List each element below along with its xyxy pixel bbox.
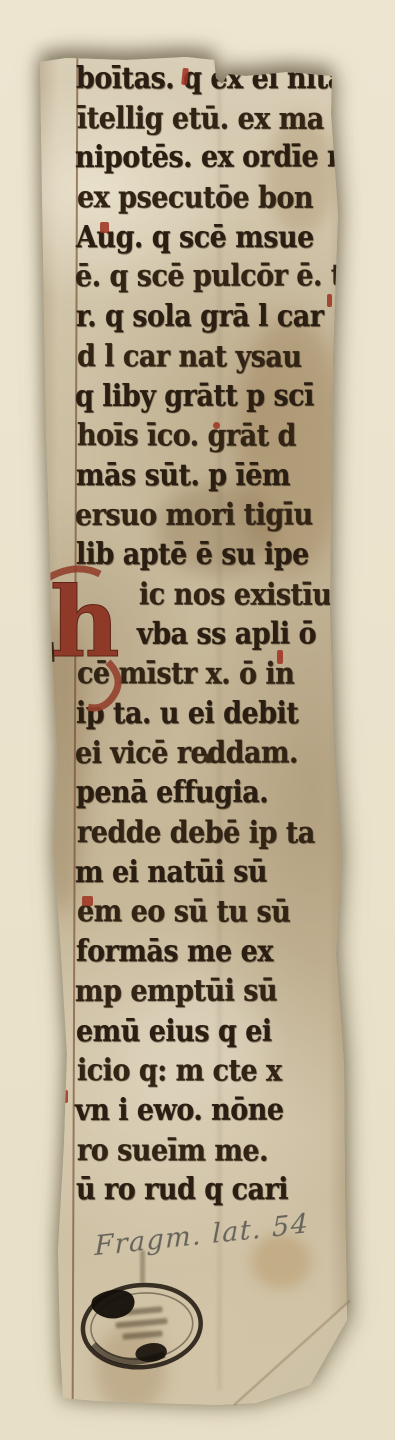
script-line: m ei natūi sū bbox=[75, 849, 347, 894]
script-line: formās me ex bbox=[76, 929, 348, 973]
pencil-shelfmark: Fragm. lat. 54 bbox=[95, 1209, 310, 1263]
rubric-mark bbox=[327, 294, 332, 307]
wormhole bbox=[204, 754, 213, 763]
script-line: ex psecutōe bon bbox=[77, 175, 349, 220]
script-line: d l car nat ysau bbox=[77, 333, 349, 378]
rubric-mark bbox=[277, 650, 283, 664]
script-line: ei vicē reddam. bbox=[75, 730, 347, 775]
rubric-mark bbox=[213, 422, 220, 429]
script-line: ū ro rud q cari bbox=[76, 1167, 348, 1211]
rubric-mark bbox=[61, 1090, 68, 1103]
script-line: vn i ewo. nōne bbox=[75, 1087, 347, 1132]
parchment-fragment: boītas. q ex eī nītau ītellig etū. ex ma… bbox=[36, 54, 350, 1412]
library-stamp-icon bbox=[72, 1272, 215, 1383]
script-line: mās sūt. p īēm bbox=[76, 452, 348, 496]
script-line: q liby grātt p scī bbox=[75, 372, 347, 417]
rubric-mark bbox=[55, 1044, 61, 1058]
script-line: boītas. q ex eī nītau bbox=[76, 56, 348, 100]
script-line: mp emptūi sū bbox=[75, 968, 347, 1013]
script-line: em eo sū tu sū bbox=[77, 889, 349, 934]
stamp-ink-blot bbox=[90, 1288, 136, 1320]
script-line: ē. q scē pulcōr ē. t bbox=[75, 253, 347, 298]
script-line: emū eius q ei bbox=[76, 1008, 348, 1052]
rubric-mark bbox=[82, 896, 93, 906]
script-line: hoīs īco. grāt d bbox=[77, 413, 349, 458]
script-line: r. q sola grā l car bbox=[76, 294, 348, 338]
script-line: nipotēs. ex ordīe r bbox=[75, 134, 347, 179]
rubric-mark bbox=[100, 222, 109, 233]
script-line: ersuo mori tigīu bbox=[75, 491, 347, 536]
photo-backdrop: boītas. q ex eī nītau ītellig etū. ex ma… bbox=[0, 0, 395, 1440]
script-line: penā effugia. bbox=[76, 770, 348, 814]
drop-cap-initial-h: h bbox=[42, 564, 154, 716]
parchment-surface: boītas. q ex eī nītau ītellig etū. ex ma… bbox=[36, 54, 350, 1412]
